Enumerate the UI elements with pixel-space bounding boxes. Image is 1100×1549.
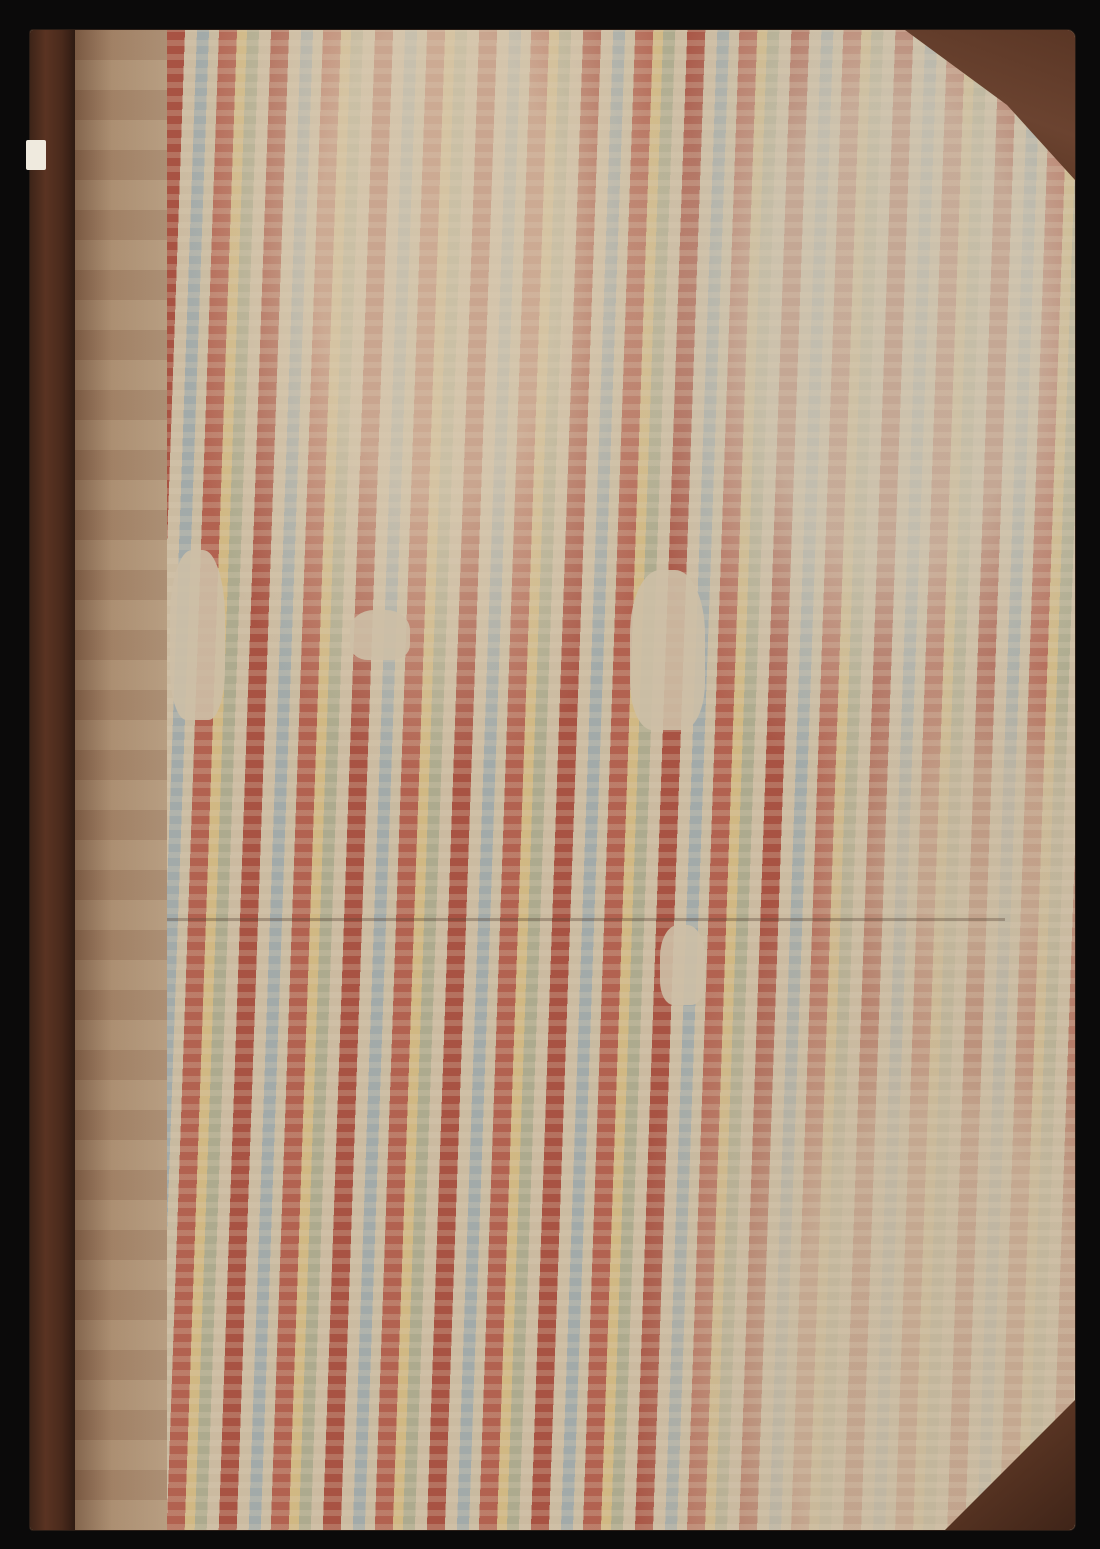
worn-patch: [170, 550, 225, 720]
worn-patch: [630, 570, 705, 730]
leather-spine: [30, 30, 75, 1530]
marbled-paper-wear: [167, 30, 1075, 1530]
worn-patch: [350, 610, 410, 660]
worn-patch: [660, 925, 705, 1005]
spine-turn-in: [75, 30, 167, 1530]
paper-tab: [26, 140, 46, 170]
horizontal-seam: [120, 918, 1005, 921]
book-cover: [30, 30, 1075, 1530]
